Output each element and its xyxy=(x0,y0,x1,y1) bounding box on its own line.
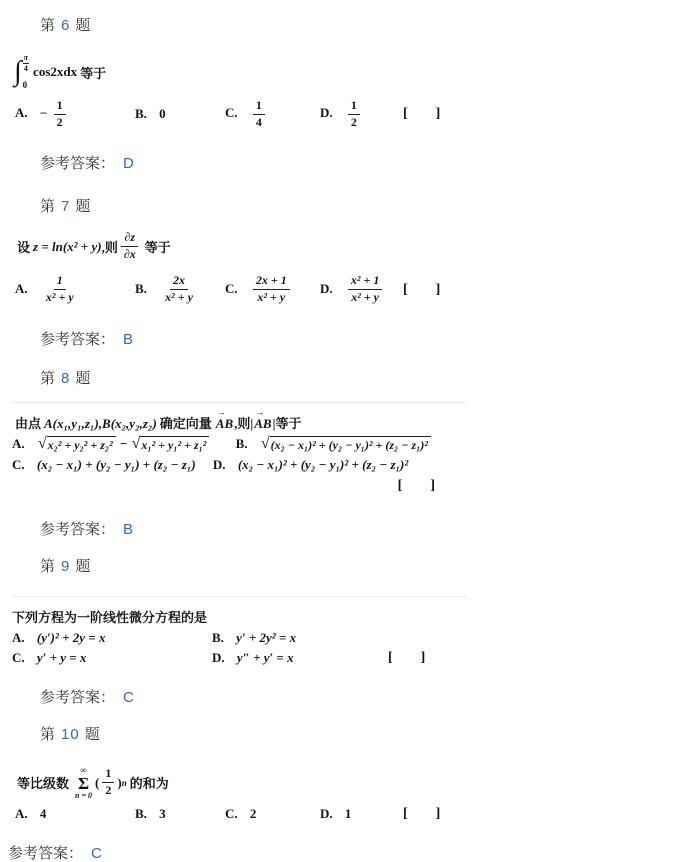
integrand: cos2xdx xyxy=(33,64,77,80)
question-9-block: 下列方程为一阶线性微分方程的是 A. (y′)² + 2y = x B. y′ … xyxy=(12,596,467,666)
question-8-header: 第8题 xyxy=(40,367,676,388)
question-9-options-row-2: C. y′ + y = x D. y″ + y′ = x [] xyxy=(12,650,467,666)
option-a: A. − 12 xyxy=(15,99,135,130)
question-number: 6 xyxy=(61,17,70,34)
option-b: B. √(x₂ − x₁)² + (y₂ − y₁)² + (z₂ − z₁)² xyxy=(236,436,432,451)
fraction: 14 xyxy=(253,99,265,130)
question-9-stem: 下列方程为一阶线性微分方程的是 xyxy=(12,607,467,626)
question-8-stem: 由点A(x₁,y₁,z₁),B(x₂,y₂,z₂)确定向量→AB,则|→AB|等… xyxy=(12,413,467,432)
option-c: C. (x₂ − x₁) + (y₂ − y₁) + (z₂ − z₁) xyxy=(12,457,199,472)
question-6-stem: ∫ π 4 0 cos2xdx 等于 xyxy=(14,51,676,93)
answer-value: C xyxy=(123,689,135,706)
header-post: 题 xyxy=(75,17,91,34)
fraction: 2xx² + y xyxy=(162,274,196,305)
question-10-options: A. 4 B. 3 C. 2 D. 1 [] xyxy=(15,806,676,822)
sum-lower-limit: n = 0 xyxy=(75,792,92,800)
bracket-pair: [] xyxy=(388,650,425,666)
option-c: C. 14 xyxy=(225,99,320,130)
option-b: B. 0 xyxy=(135,106,225,122)
exponent: n xyxy=(122,778,127,788)
option-a: A. 1x² + y xyxy=(15,274,135,305)
question-number: 9 xyxy=(61,558,70,575)
answer-value: B xyxy=(123,521,134,538)
vector-arrow-icon: → xyxy=(255,407,263,417)
option-b: B. 2xx² + y xyxy=(135,274,225,305)
stem-suffix: 等于 xyxy=(80,63,106,82)
integral-sign: ∫ xyxy=(14,58,22,86)
exam-document: { "answer_prefix": "参考答案：", "bracket": {… xyxy=(0,0,676,862)
option-a: A. (y′)² + 2y = x xyxy=(12,630,212,646)
bracket-pair: [] xyxy=(403,282,440,298)
bracket-pair: [] xyxy=(403,806,440,822)
question-number: 8 xyxy=(61,370,70,387)
question-number: 7 xyxy=(61,198,70,215)
sqrt-symbol: √(x₂ − x₁)² + (y₂ − y₁)² + (z₂ − z₁)² xyxy=(261,436,431,453)
header-pre: 第 xyxy=(40,17,56,34)
partial-derivative: ∂z∂x xyxy=(121,231,139,262)
sqrt-symbol: √x₂² + y₂² + z₂² xyxy=(38,436,116,453)
option-b: B. y′ + 2y² = x xyxy=(212,630,388,646)
answer-value: B xyxy=(123,331,134,348)
question-7-header: 第7题 xyxy=(40,195,676,216)
option-d: D. y″ + y′ = x xyxy=(212,650,388,666)
option-c: C. 2 xyxy=(225,806,320,822)
vector-AB: →AB xyxy=(254,416,271,432)
question-10-header: 第10题 xyxy=(40,723,676,744)
option-d: D. x² + 1x² + y xyxy=(320,274,403,305)
question-8-answer: 参考答案：B xyxy=(40,518,676,539)
option-c: C. 2x + 1x² + y xyxy=(225,274,320,305)
fraction: x² + 1x² + y xyxy=(348,274,382,305)
upper-limit: π 4 xyxy=(23,54,29,73)
fraction: 12 xyxy=(54,99,66,130)
question-8-options-row-1: A. √x₂² + y₂² + z₂² − √x₁² + y₁² + z₁² B… xyxy=(12,436,467,453)
question-6-header: 第6题 xyxy=(40,14,676,35)
lower-limit: 0 xyxy=(23,80,29,90)
fraction: 12 xyxy=(348,99,360,130)
question-10-stem: 等比级数 ∞ Σ n = 0 ( 12 )n 的和为 xyxy=(14,764,676,802)
question-number: 10 xyxy=(61,726,80,743)
option-a: A. √x₂² + y₂² + z₂² − √x₁² + y₁² + z₁² xyxy=(12,436,214,451)
vector-AB: →AB xyxy=(216,416,233,432)
question-6-options: A. − 12 B. 0 C. 14 D. 12 [] xyxy=(15,99,676,130)
question-8-bracket-line: [] xyxy=(12,477,467,494)
answer-value: D xyxy=(123,155,135,172)
question-8-options-row-2: C. (x₂ − x₁) + (y₂ − y₁) + (z₂ − z₁) D. … xyxy=(12,457,467,473)
question-9-header: 第9题 xyxy=(40,555,676,576)
option-d: D. 1 xyxy=(320,806,403,822)
fraction: 1x² + y xyxy=(43,274,77,305)
question-6-answer: 参考答案：D xyxy=(40,152,676,173)
question-10-answer: 参考答案：C xyxy=(8,842,676,862)
question-7-stem: 设 z = ln(x² + y) ,则 ∂z∂x 等于 xyxy=(14,230,676,264)
option-d: D. (x₂ − x₁)² + (y₂ − y₁)² + (z₂ − z₁)² xyxy=(213,457,408,472)
integral-symbol: ∫ π 4 0 xyxy=(14,54,29,90)
question-7-answer: 参考答案：B xyxy=(40,328,676,349)
answer-prefix: 参考答案： xyxy=(40,155,115,172)
sigma-sign: Σ xyxy=(78,775,89,792)
question-9-options-row-1: A. (y′)² + 2y = x B. y′ + 2y² = x xyxy=(12,630,467,646)
question-7-options: A. 1x² + y B. 2xx² + y C. 2x + 1x² + y D… xyxy=(15,270,676,310)
vector-arrow-icon: → xyxy=(217,407,225,417)
answer-value: C xyxy=(91,845,103,862)
summation-symbol: ∞ Σ n = 0 xyxy=(75,766,92,800)
fraction: 12 xyxy=(102,767,114,798)
question-9-answer: 参考答案：C xyxy=(40,686,676,707)
sqrt-symbol: √x₁² + y₁² + z₁² xyxy=(132,436,210,453)
option-c: C. y′ + y = x xyxy=(12,650,212,666)
bracket-pair: [] xyxy=(398,478,435,493)
fraction: 2x + 1x² + y xyxy=(253,274,290,305)
question-8-block: 由点A(x₁,y₁,z₁),B(x₂,y₂,z₂)确定向量→AB,则|→AB|等… xyxy=(12,402,467,494)
option-d: D. 12 xyxy=(320,99,403,130)
bracket-pair: [] xyxy=(403,106,440,122)
option-a: A. 4 xyxy=(15,806,135,822)
option-b: B. 3 xyxy=(135,806,225,822)
